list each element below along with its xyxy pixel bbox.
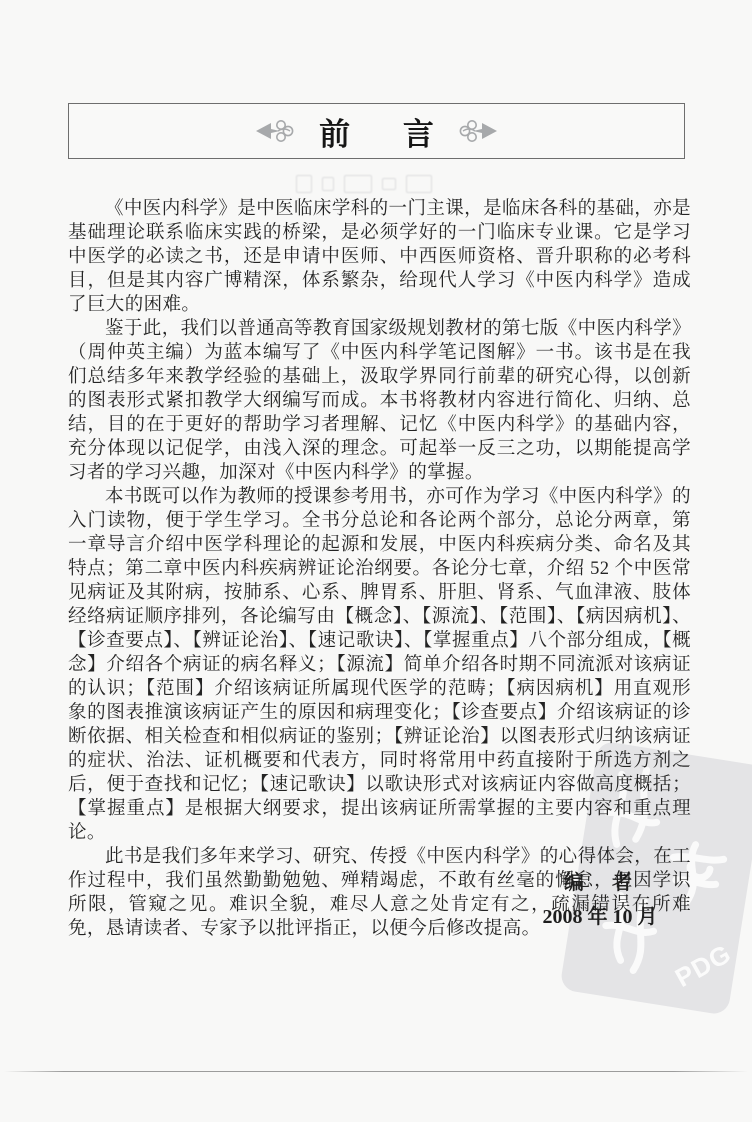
ink-bleed-stamp-artifact xyxy=(296,171,486,197)
page-title: 前 言 xyxy=(308,109,444,154)
scan-artifact-line xyxy=(4,1071,748,1072)
preface-paragraph-1: 《中医内科学》是中医临床学科的一门主课，是临床各科的基础，亦是基础理论联系临床实… xyxy=(68,197,691,317)
signature-block: 编 者 2008 年 10 月 xyxy=(470,866,730,929)
publication-date: 2008 年 10 月 xyxy=(470,900,730,929)
author-signature: 编 者 xyxy=(470,866,730,895)
scanned-book-page: PDG 前 言 xyxy=(0,0,752,1122)
preface-paragraph-3: 本书既可以作为教师的授课参考用书，亦可作为学习《中医内科学》的入门读物，便于学生… xyxy=(68,485,691,845)
left-fleur-ornament-icon xyxy=(254,118,298,144)
preface-paragraph-2: 鉴于此，我们以普通高等教育国家级规划教材的第七版《中医内科学》（周仲英主编）为蓝… xyxy=(68,317,691,485)
preface-body: 《中医内科学》是中医临床学科的一门主课，是临床各科的基础，亦是基础理论联系临床实… xyxy=(68,197,691,941)
preface-title-box: 前 言 xyxy=(68,103,685,159)
right-fleur-ornament-icon xyxy=(455,118,499,144)
